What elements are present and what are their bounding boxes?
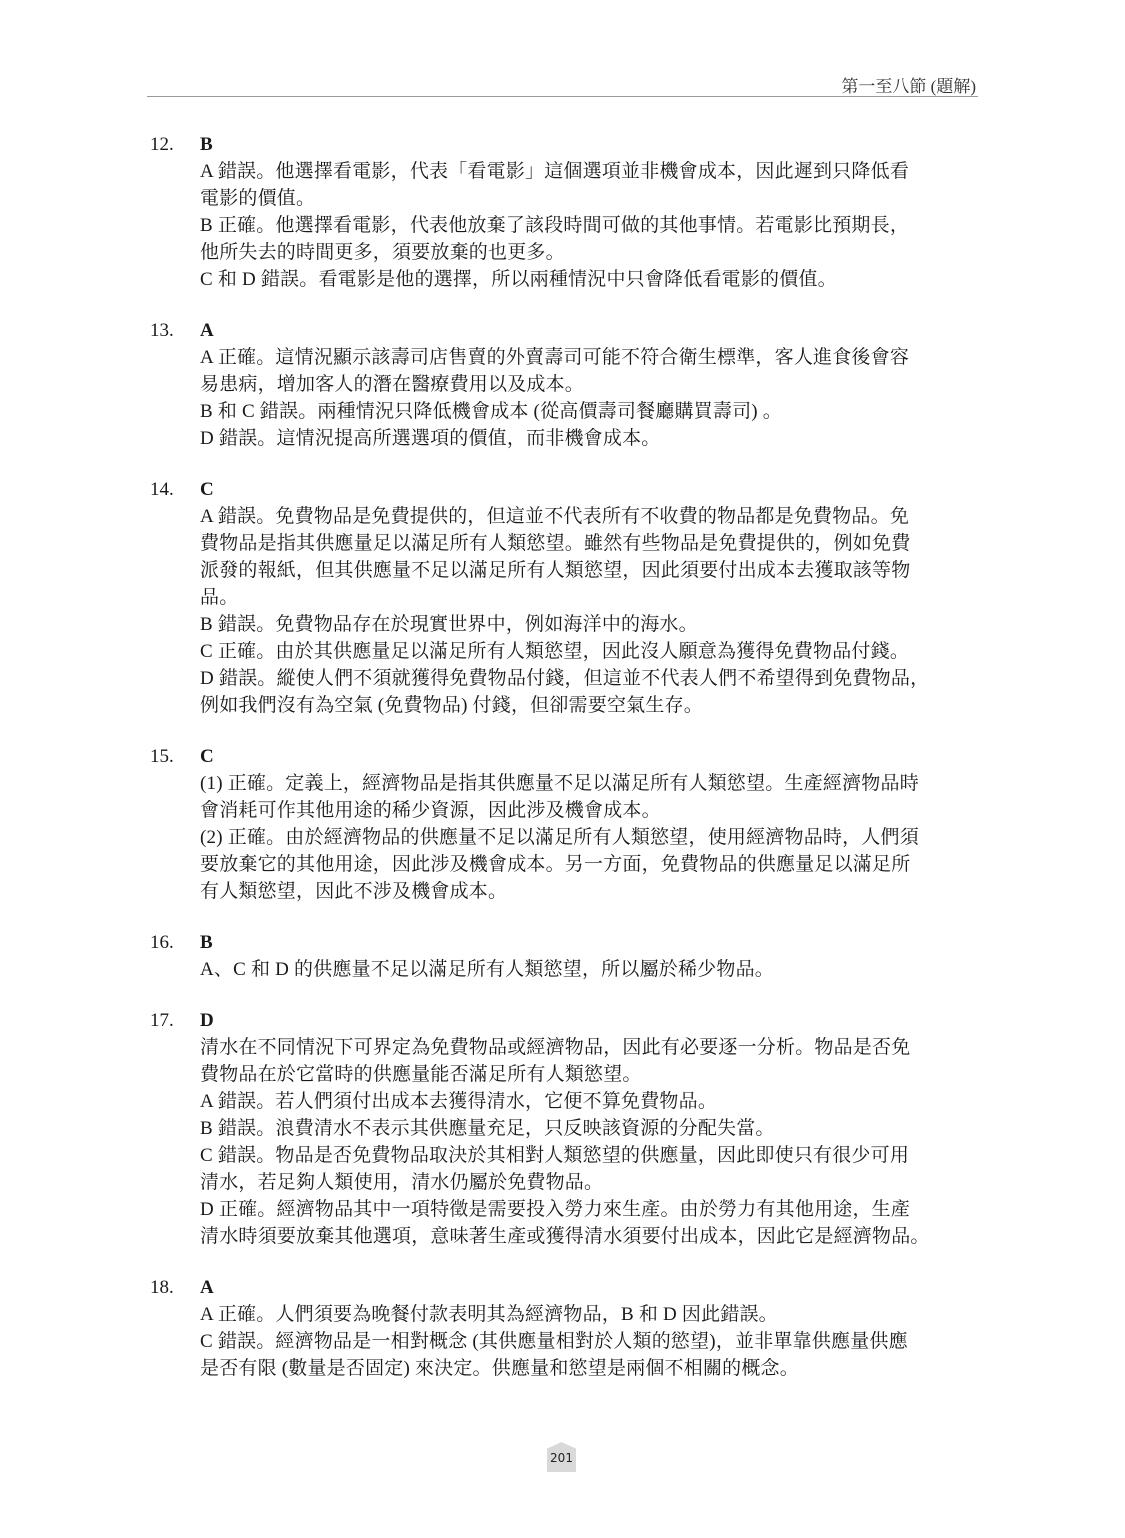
answer-letter: B bbox=[200, 929, 213, 956]
question-18: 18. A A 正確。人們須要為晚餐付款表明其為經濟物品，B 和 D 因此錯誤。… bbox=[150, 1274, 980, 1382]
explanation-line: 例如我們沒有為空氣 (免費物品) 付錢，但卻需要空氣生存。 bbox=[200, 692, 980, 719]
answer-letter: C bbox=[200, 743, 214, 770]
explanation-line: 清水，若足夠人類使用，清水仍屬於免費物品。 bbox=[200, 1169, 980, 1196]
answer-letter: B bbox=[200, 131, 213, 158]
explanation-line: A 錯誤。他選擇看電影，代表「看電影」這個選項並非機會成本，因此遲到只降低看 bbox=[200, 158, 980, 185]
explanation-line: 他所失去的時間更多，須要放棄的也更多。 bbox=[200, 239, 980, 266]
explanation-line: A 正確。這情況顯示該壽司店售賣的外賣壽司可能不符合衛生標準，客人進食後會容 bbox=[200, 344, 980, 371]
answer-letter: C bbox=[200, 476, 214, 503]
question-number: 17. bbox=[150, 1007, 200, 1034]
explanation-line: C 錯誤。經濟物品是一相對概念 (其供應量相對於人類的慾望)，並非單靠供應量供應 bbox=[200, 1328, 980, 1355]
explanation-line: C 和 D 錯誤。看電影是他的選擇，所以兩種情況中只會降低看電影的價值。 bbox=[200, 266, 980, 293]
explanation-line: C 正確。由於其供應量足以滿足所有人類慾望，因此沒人願意為獲得免費物品付錢。 bbox=[200, 638, 980, 665]
question-number: 13. bbox=[150, 317, 200, 344]
explanation-line: D 錯誤。這情況提高所選選項的價值，而非機會成本。 bbox=[200, 425, 980, 452]
explanation-line: A 錯誤。免費物品是免費提供的，但這並不代表所有不收費的物品都是免費物品。免 bbox=[200, 503, 980, 530]
explanation-line: 費物品在於它當時的供應量能否滿足所有人類慾望。 bbox=[200, 1061, 980, 1088]
explanation-line: B 錯誤。浪費清水不表示其供應量充足，只反映該資源的分配失當。 bbox=[200, 1115, 980, 1142]
explanation-line: 品。 bbox=[200, 584, 980, 611]
question-number: 16. bbox=[150, 929, 200, 956]
question-number: 18. bbox=[150, 1274, 200, 1301]
explanation-line: 清水在不同情況下可界定為免費物品或經濟物品，因此有必要逐一分析。物品是否免 bbox=[200, 1034, 980, 1061]
question-14: 14. C A 錯誤。免費物品是免費提供的，但這並不代表所有不收費的物品都是免費… bbox=[150, 476, 980, 719]
explanation-line: C 錯誤。物品是否免費物品取決於其相對人類慾望的供應量，因此即使只有很少可用 bbox=[200, 1142, 980, 1169]
explanation-line: B 和 C 錯誤。兩種情況只降低機會成本 (從高價壽司餐廳購買壽司) 。 bbox=[200, 398, 980, 425]
explanation: A 錯誤。他選擇看電影，代表「看電影」這個選項並非機會成本，因此遲到只降低看 電… bbox=[200, 158, 980, 293]
explanation-line: 電影的價值。 bbox=[200, 185, 980, 212]
explanation-line: A 錯誤。若人們須付出成本去獲得清水，它便不算免費物品。 bbox=[200, 1088, 980, 1115]
answer-letter: A bbox=[200, 317, 214, 344]
question-17: 17. D 清水在不同情況下可界定為免費物品或經濟物品，因此有必要逐一分析。物品… bbox=[150, 1007, 980, 1250]
explanation-line: 派發的報紙，但其供應量不足以滿足所有人類慾望，因此須要付出成本去獲取該等物 bbox=[200, 557, 980, 584]
explanation-line: 費物品是指其供應量足以滿足所有人類慾望。雖然有些物品是免費提供的，例如免費 bbox=[200, 530, 980, 557]
explanation: 清水在不同情況下可界定為免費物品或經濟物品，因此有必要逐一分析。物品是否免 費物… bbox=[200, 1034, 980, 1250]
answer-letter: D bbox=[200, 1007, 214, 1034]
explanation-line: D 錯誤。縱使人們不須就獲得免費物品付錢，但這並不代表人們不希望得到免費物品， bbox=[200, 665, 980, 692]
question-number: 12. bbox=[150, 131, 200, 158]
section-title: 第一至八節 (題解) bbox=[841, 72, 976, 97]
explanation-line: A 正確。人們須要為晚餐付款表明其為經濟物品，B 和 D 因此錯誤。 bbox=[200, 1301, 980, 1328]
page-header: 第一至八節 (題解) bbox=[147, 70, 978, 97]
answer-letter: A bbox=[200, 1274, 214, 1301]
explanation-line: (1) 正確。定義上，經濟物品是指其供應量不足以滿足所有人類慾望。生產經濟物品時 bbox=[200, 770, 980, 797]
explanation: A 正確。這情況顯示該壽司店售賣的外賣壽司可能不符合衛生標準，客人進食後會容 易… bbox=[200, 344, 980, 452]
explanation-line: 有人類慾望，因此不涉及機會成本。 bbox=[200, 878, 980, 905]
explanation: (1) 正確。定義上，經濟物品是指其供應量不足以滿足所有人類慾望。生產經濟物品時… bbox=[200, 770, 980, 905]
question-number: 15. bbox=[150, 743, 200, 770]
explanation-line: D 正確。經濟物品其中一項特徵是需要投入勞力來生產。由於勞力有其他用途，生產 bbox=[200, 1196, 980, 1223]
question-13: 13. A A 正確。這情況顯示該壽司店售賣的外賣壽司可能不符合衛生標準，客人進… bbox=[150, 317, 980, 452]
explanation-line: A、C 和 D 的供應量不足以滿足所有人類慾望，所以屬於稀少物品。 bbox=[200, 956, 980, 983]
page-number: 201 bbox=[547, 1451, 576, 1465]
explanation-line: (2) 正確。由於經濟物品的供應量不足以滿足所有人類慾望，使用經濟物品時，人們須 bbox=[200, 824, 980, 851]
explanation-line: B 正確。他選擇看電影，代表他放棄了該段時間可做的其他事情。若電影比預期長， bbox=[200, 212, 980, 239]
question-12: 12. B A 錯誤。他選擇看電影，代表「看電影」這個選項並非機會成本，因此遲到… bbox=[150, 131, 980, 293]
explanation-line: 易患病，增加客人的潛在醫療費用以及成本。 bbox=[200, 371, 980, 398]
explanation-line: 清水時須要放棄其他選項，意味著生產或獲得清水須要付出成本，因此它是經濟物品。 bbox=[200, 1223, 980, 1250]
explanation: A 錯誤。免費物品是免費提供的，但這並不代表所有不收費的物品都是免費物品。免 費… bbox=[200, 503, 980, 719]
explanation-line: B 錯誤。免費物品存在於現實世界中，例如海洋中的海水。 bbox=[200, 611, 980, 638]
explanation-line: 是否有限 (數量是否固定) 來決定。供應量和慾望是兩個不相關的概念。 bbox=[200, 1355, 980, 1382]
question-number: 14. bbox=[150, 476, 200, 503]
explanation: A、C 和 D 的供應量不足以滿足所有人類慾望，所以屬於稀少物品。 bbox=[200, 956, 980, 983]
page-number-badge: 201 bbox=[547, 1442, 576, 1472]
explanation-line: 要放棄它的其他用途，因此涉及機會成本。另一方面，免費物品的供應量足以滿足所 bbox=[200, 851, 980, 878]
question-15: 15. C (1) 正確。定義上，經濟物品是指其供應量不足以滿足所有人類慾望。生… bbox=[150, 743, 980, 905]
explanation-line: 會消耗可作其他用途的稀少資源，因此涉及機會成本。 bbox=[200, 797, 980, 824]
explanation: A 正確。人們須要為晚餐付款表明其為經濟物品，B 和 D 因此錯誤。 C 錯誤。… bbox=[200, 1301, 980, 1382]
question-16: 16. B A、C 和 D 的供應量不足以滿足所有人類慾望，所以屬於稀少物品。 bbox=[150, 929, 980, 983]
answer-list: 12. B A 錯誤。他選擇看電影，代表「看電影」這個選項並非機會成本，因此遲到… bbox=[150, 131, 980, 1406]
